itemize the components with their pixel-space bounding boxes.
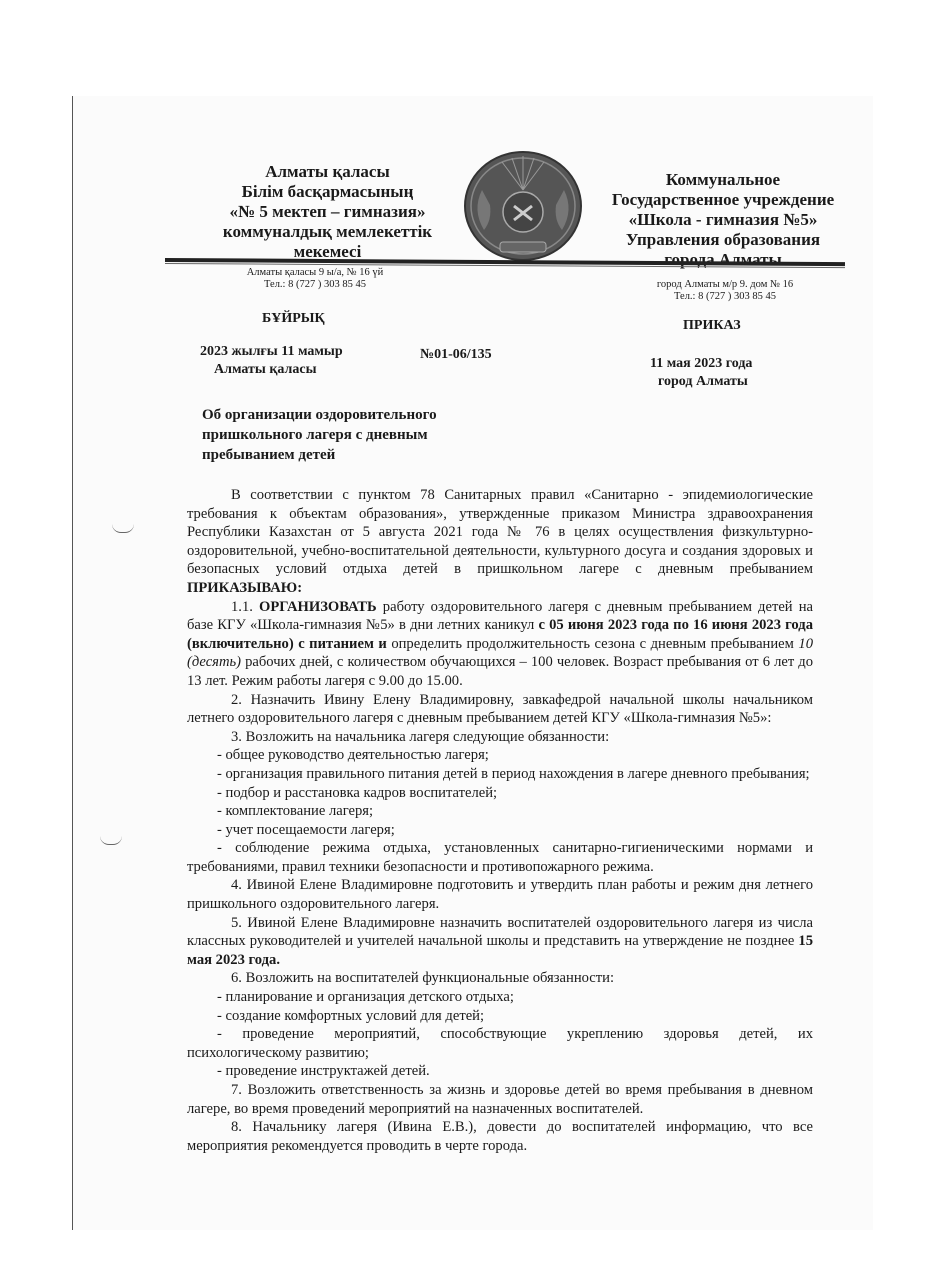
order-subject: Об организации оздоровительного пришколь… [202,405,502,465]
clause-4: 4. Ивиной Елене Владимировне подготовить… [187,876,813,913]
list-item: - подбор и расстановка кадров воспитател… [187,784,813,803]
state-emblem-icon [462,150,584,262]
list-item: - проведение инструктажей детей. [187,1062,813,1081]
order-date-kz: 2023 жылғы 11 мамыр Алматы қаласы [200,343,343,379]
phone-line: Тел.: 8 (727 ) 303 85 45 [625,291,825,303]
clause-7: 7. Возложить ответственность за жизнь и … [187,1081,813,1118]
order-verb: ПРИКАЗЫВАЮ: [187,580,302,596]
clause-2: 2. Назначить Ивину Елену Владимировну, з… [187,691,813,728]
phone-line: Тел.: 8 (727 ) 303 85 45 [215,279,415,291]
list-item: - соблюдение режима отдыха, установленны… [187,839,813,876]
preamble: В соответствии с пунктом 78 Санитарных п… [187,486,813,598]
list-item: - организация правильного питания детей … [187,765,813,784]
header-ru-institution: Коммунальное Государственное учреждение … [598,170,848,270]
list-item: - проведение мероприятий, способствующие… [187,1025,813,1062]
date-line: 11 мая 2023 года [650,355,752,373]
header-line: Білім басқармасының [195,182,460,202]
list-item: - комплектование лагеря; [187,802,813,821]
address-ru: город Алматы м/р 9. дом № 16 Тел.: 8 (72… [625,279,825,303]
list-item: - создание комфортных условий для детей; [187,1007,813,1026]
order-title-ru: ПРИКАЗ [683,318,741,334]
header-line: Алматы қаласы [195,162,460,182]
address-kz: Алматы қаласы 9 ы/а, № 16 үй Тел.: 8 (72… [215,267,415,291]
list-item: - общее руководство деятельностью лагеря… [187,746,813,765]
city-line: Алматы қаласы [200,361,343,379]
clause-5: 5. Ивиной Елене Владимировне назначить в… [187,914,813,970]
order-number: №01-06/135 [420,347,492,363]
clause-8: 8. Начальнику лагеря (Ивина Е.В.), довес… [187,1118,813,1155]
header-line: «Школа - гимназия №5» [598,210,848,230]
order-body: В соответствии с пунктом 78 Санитарных п… [187,486,813,1155]
order-title-kz: БҰЙРЫҚ [262,311,325,327]
header-kz-institution: Алматы қаласы Білім басқармасының «№ 5 м… [195,162,460,262]
clause-6: 6. Возложить на воспитателей функциональ… [187,969,813,988]
clause-1-1: 1.1. ОРГАНИЗОВАТЬ работу оздоровительног… [187,598,813,691]
subject-line: Об организации оздоровительного [202,405,502,425]
date-line: 2023 жылғы 11 мамыр [200,343,343,361]
list-item: - планирование и организация детского от… [187,988,813,1007]
header-line: Государственное учреждение [598,190,848,210]
header-line: «№ 5 мектеп – гимназия» [195,202,460,222]
order-date-ru: 11 мая 2023 года город Алматы [650,355,752,391]
address-line: Алматы қаласы 9 ы/а, № 16 үй [215,267,415,279]
header-line: Управления образования [598,230,848,250]
header-line: коммуналдық мемлекеттік [195,222,460,242]
clause-3: 3. Возложить на начальника лагеря следую… [187,728,813,747]
header-line: Коммунальное [598,170,848,190]
list-item: - учет посещаемости лагеря; [187,821,813,840]
address-line: город Алматы м/р 9. дом № 16 [625,279,825,291]
city-line: город Алматы [650,373,752,391]
subject-line: пребыванием детей [202,445,502,465]
subject-line: пришкольного лагеря с дневным [202,425,502,445]
